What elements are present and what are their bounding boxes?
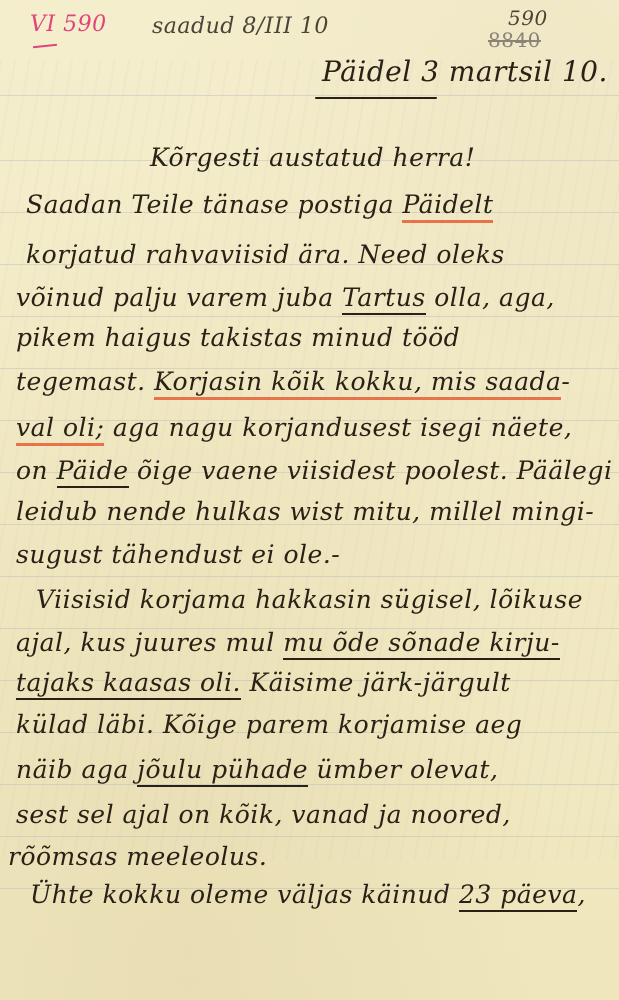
archive-mark: VI 590 [30, 12, 107, 37]
letter-line-7: on Päide õige vaene viisidest poolest. P… [16, 456, 612, 485]
text: aga nagu korjandusest isegi näete, [104, 413, 572, 442]
letter-line-16: rõõmsas meeleolus. [8, 842, 267, 871]
text: võinud palju varem juba [16, 283, 342, 312]
text: ajal, kus juures mul [16, 628, 283, 657]
letter-page: VI 590 saadud 8/III 10 590 8840 Päidel 3… [0, 0, 619, 1000]
underlined-phrase: mu õde sõnade kirju- [283, 628, 560, 660]
text: - [561, 367, 570, 396]
letter-line-1: Saadan Teile tänase postiga Päidelt [26, 190, 493, 219]
underlined-phrase: val oli; [16, 413, 104, 446]
letter-line-3: võinud palju varem juba Tartus olla, aga… [16, 283, 555, 312]
text: on [16, 456, 57, 485]
letter-line-12: tajaks kaasas oli. Käisime järk-järgult [16, 668, 511, 697]
ruled-line [0, 316, 619, 317]
ruled-line [0, 576, 619, 577]
letter-line-13: külad läbi. Kõige parem korjamise aeg [16, 710, 522, 739]
text: õige vaene viisidest poolest. Päälegi [129, 456, 613, 485]
old-page-number: 8840 [488, 28, 541, 52]
text: ümber olevat, [308, 755, 498, 784]
letter-line-15: sest sel ajal on kõik, vanad ja noored, [16, 800, 511, 829]
letter-line-10: Viisisid korjama hakkasin sügisel, lõiku… [36, 585, 583, 614]
underlined-phrase: Korjasin kõik kokku, mis saada [154, 367, 561, 400]
text: Ühte kokku oleme väljas käinud [30, 880, 459, 909]
ruled-line [0, 836, 619, 837]
ruled-line [0, 95, 619, 96]
letter-line-5: tegemast. Korjasin kõik kokku, mis saada… [16, 367, 570, 396]
received-note: saadud 8/III 10 [152, 14, 329, 39]
letter-line-4: pikem haigus takistas minud tööd [16, 323, 460, 352]
text: Käisime järk-järgult [241, 668, 511, 697]
letter-line-6: val oli; aga nagu korjandusest isegi näe… [16, 413, 572, 442]
page-number: 590 [508, 6, 548, 30]
underlined-placename: Päide [57, 456, 129, 488]
letter-line-8: leidub nende hulkas wist mitu, millel mi… [16, 497, 594, 526]
letter-line-14: näib aga jõulu pühade ümber olevat, [16, 755, 498, 784]
archive-mark-underline [33, 44, 57, 48]
ruled-line [0, 784, 619, 785]
place-date: Päidel 3 martsil 10. [322, 55, 608, 88]
salutation: Kõrgesti austatud herra! [150, 143, 475, 172]
place-date-underline [315, 97, 437, 99]
underlined-word: Tartus [342, 283, 426, 315]
underlined-number: 23 päeva [459, 880, 578, 912]
letter-line-9: sugust tähendust ei ole.- [16, 540, 340, 569]
letter-line-17: Ühte kokku oleme väljas käinud 23 päeva, [30, 880, 586, 909]
text: tegemast. [16, 367, 154, 396]
underlined-phrase: jõulu pühade [137, 755, 308, 787]
text: näib aga [16, 755, 137, 784]
text: Saadan Teile tänase postiga [26, 190, 402, 219]
underlined-phrase: tajaks kaasas oli. [16, 668, 241, 700]
text: , [577, 880, 585, 909]
letter-line-2: korjatud rahvaviisid ära. Need oleks [26, 240, 505, 269]
letter-line-11: ajal, kus juures mul mu õde sõnade kirju… [16, 628, 560, 657]
underlined-placename: Päidelt [402, 190, 493, 223]
text: olla, aga, [426, 283, 555, 312]
